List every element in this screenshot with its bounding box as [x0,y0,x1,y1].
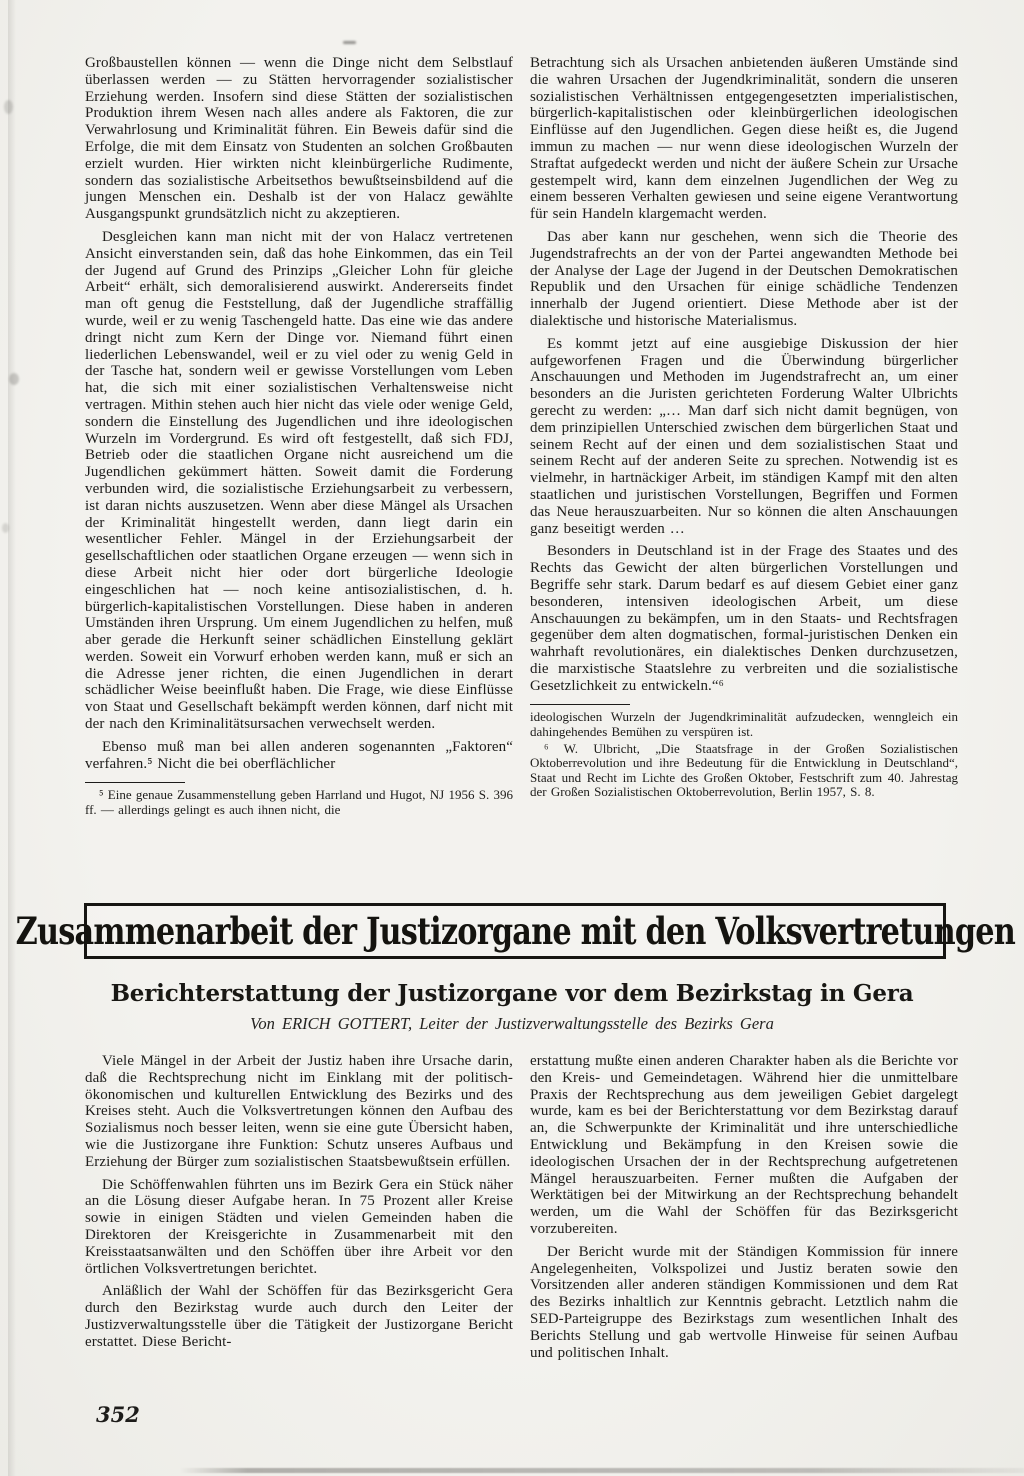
body-paragraph: Desgleichen kann man nicht mit der von H… [85,229,513,733]
footnote-rule [85,782,185,783]
section-banner: Zusammenarbeit der Justizorgane mit den … [84,903,946,959]
footnote-rule [530,704,630,705]
footnote-block: ⁵ Eine genaue Zusammenstellung geben Har… [85,782,513,817]
scan-edge-bar [180,1468,1024,1473]
bottom-left-column: Viele Mängel in der Arbeit der Justiz ha… [85,1053,513,1351]
top-right-column: Betrachtung sich als Ursachen anbietende… [530,55,958,800]
section-banner-title: Zusammenarbeit der Justizorgane mit den … [15,909,1014,953]
footnote-block: ideologischen Wurzeln der Jugendkriminal… [530,704,958,800]
body-paragraph: Anläßlich der Wahl der Schöffen für das … [85,1283,513,1350]
body-paragraph: Viele Mängel in der Arbeit der Justiz ha… [85,1053,513,1171]
body-paragraph: Der Bericht wurde mit der Ständigen Komm… [530,1244,958,1362]
page-number: 352 [96,1402,140,1427]
body-paragraph: Die Schöffenwahlen führten uns im Bezirk… [85,1177,513,1278]
body-paragraph: Es kommt jetzt auf eine ausgiebige Disku… [530,336,958,538]
footnote-6: ⁶ W. Ulbricht, „Die Staatsfrage in der G… [530,742,958,800]
scanned-journal-page: Großbaustellen können — wenn die Dinge n… [0,0,1024,1476]
article-title: Berichterstattung der Justizorgane vor d… [0,980,1024,1007]
article-byline: Von ERICH GOTTERT, Leiter der Justizverw… [0,1014,1024,1034]
footnote-5: ⁵ Eine genaue Zusammenstellung geben Har… [85,788,513,817]
scan-artifact [4,100,13,114]
scan-gutter-shadow [8,0,16,1476]
bottom-right-column: erstattung mußte einen anderen Charakter… [530,1053,958,1361]
top-left-column: Großbaustellen können — wenn die Dinge n… [85,55,513,818]
body-paragraph: Betrachtung sich als Ursachen anbietende… [530,55,958,223]
body-paragraph: Ebenso muß man bei allen anderen sogenan… [85,739,513,773]
body-paragraph: Besonders in Deutschland ist in der Frag… [530,543,958,694]
body-paragraph: Großbaustellen können — wenn die Dinge n… [85,55,513,223]
footnote-5-continuation: ideologischen Wurzeln der Jugendkriminal… [530,710,958,739]
scan-artifact [2,523,9,533]
body-paragraph: erstattung mußte einen anderen Charakter… [530,1053,958,1238]
scan-artifact [343,41,356,44]
body-paragraph: Das aber kann nur geschehen, wenn sich d… [530,229,958,330]
scan-artifact [9,373,19,385]
